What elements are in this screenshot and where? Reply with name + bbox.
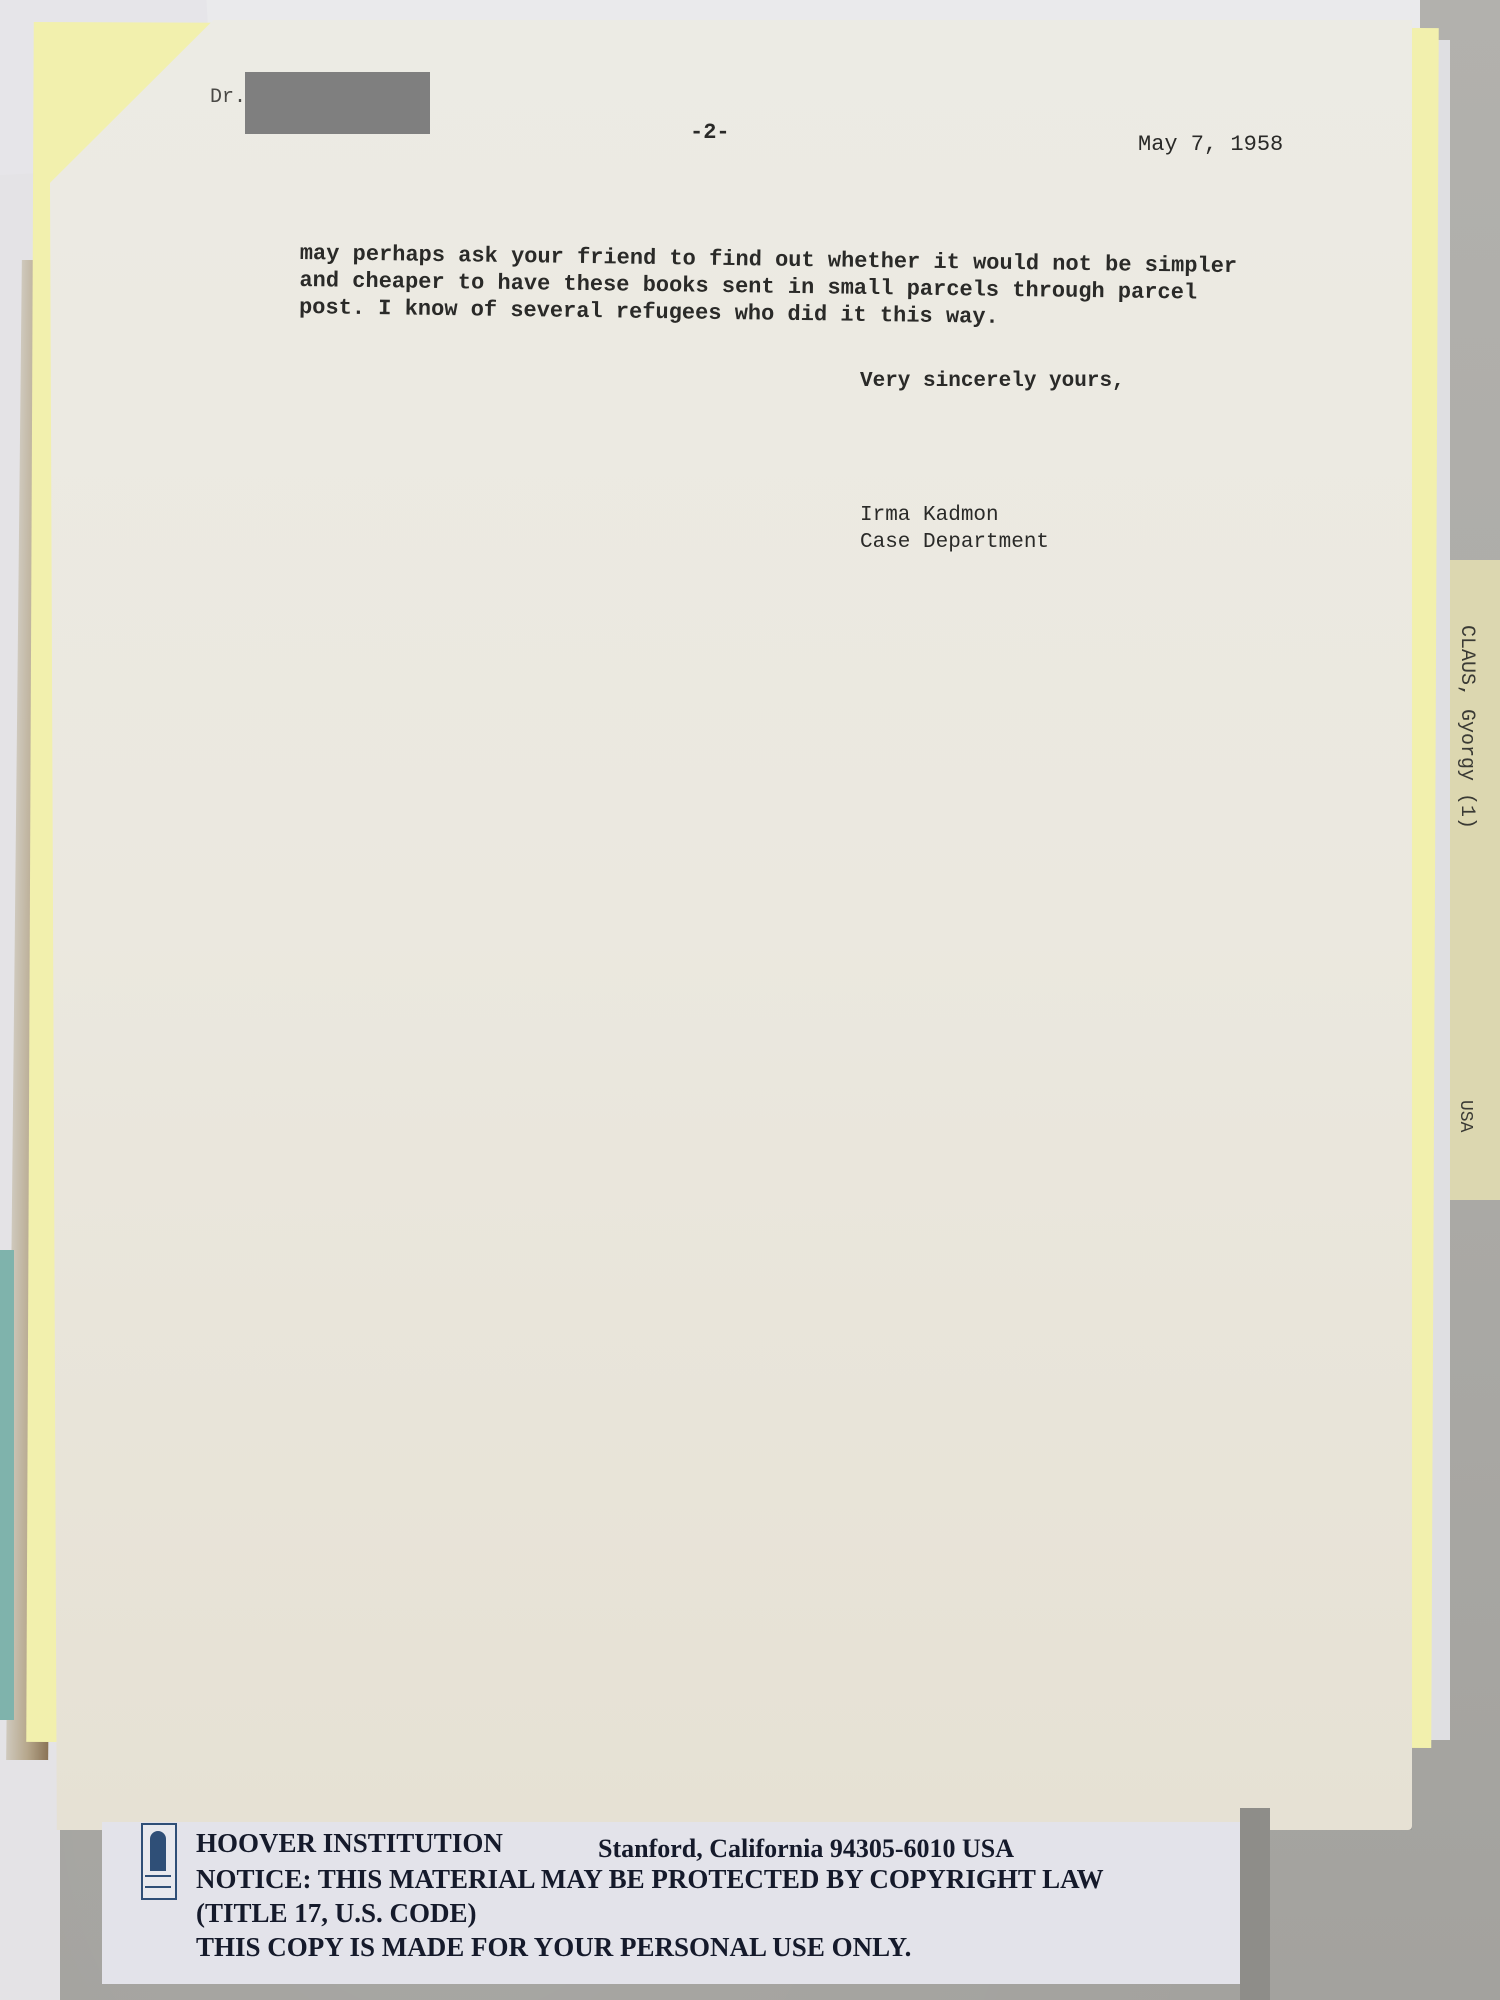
folder-tab-name: CLAUS, Gyorgy (1) bbox=[1455, 625, 1478, 829]
letter-body: may perhaps ask your friend to find out … bbox=[299, 240, 1260, 334]
teal-folder-edge bbox=[0, 1250, 14, 1720]
notice-holder-frame bbox=[1240, 1808, 1270, 2000]
signature-title: Case Department bbox=[860, 531, 1049, 554]
signature-block: Irma Kadmon Case Department bbox=[860, 502, 1049, 556]
notice-address: Stanford, California 94305-6010 USA bbox=[598, 1834, 1014, 1864]
notice-copyright-line: NOTICE: THIS MATERIAL MAY BE PROTECTED B… bbox=[196, 1864, 1104, 1895]
letter-closing: Very sincerely yours, bbox=[860, 370, 1125, 393]
notice-personal-use: THIS COPY IS MADE FOR YOUR PERSONAL USE … bbox=[196, 1932, 911, 1963]
notice-institution: HOOVER INSTITUTION bbox=[196, 1828, 503, 1859]
redaction-box bbox=[245, 72, 430, 134]
hoover-tower-logo-icon bbox=[141, 1823, 177, 1900]
notice-title-code: (TITLE 17, U.S. CODE) bbox=[196, 1898, 477, 1929]
signature-name: Irma Kadmon bbox=[860, 504, 999, 527]
page-number: -2- bbox=[690, 120, 730, 145]
folder-tab-country: USA bbox=[1455, 1100, 1475, 1132]
salutation: Dr. bbox=[210, 86, 246, 109]
letter-date: May 7, 1958 bbox=[1138, 132, 1283, 157]
